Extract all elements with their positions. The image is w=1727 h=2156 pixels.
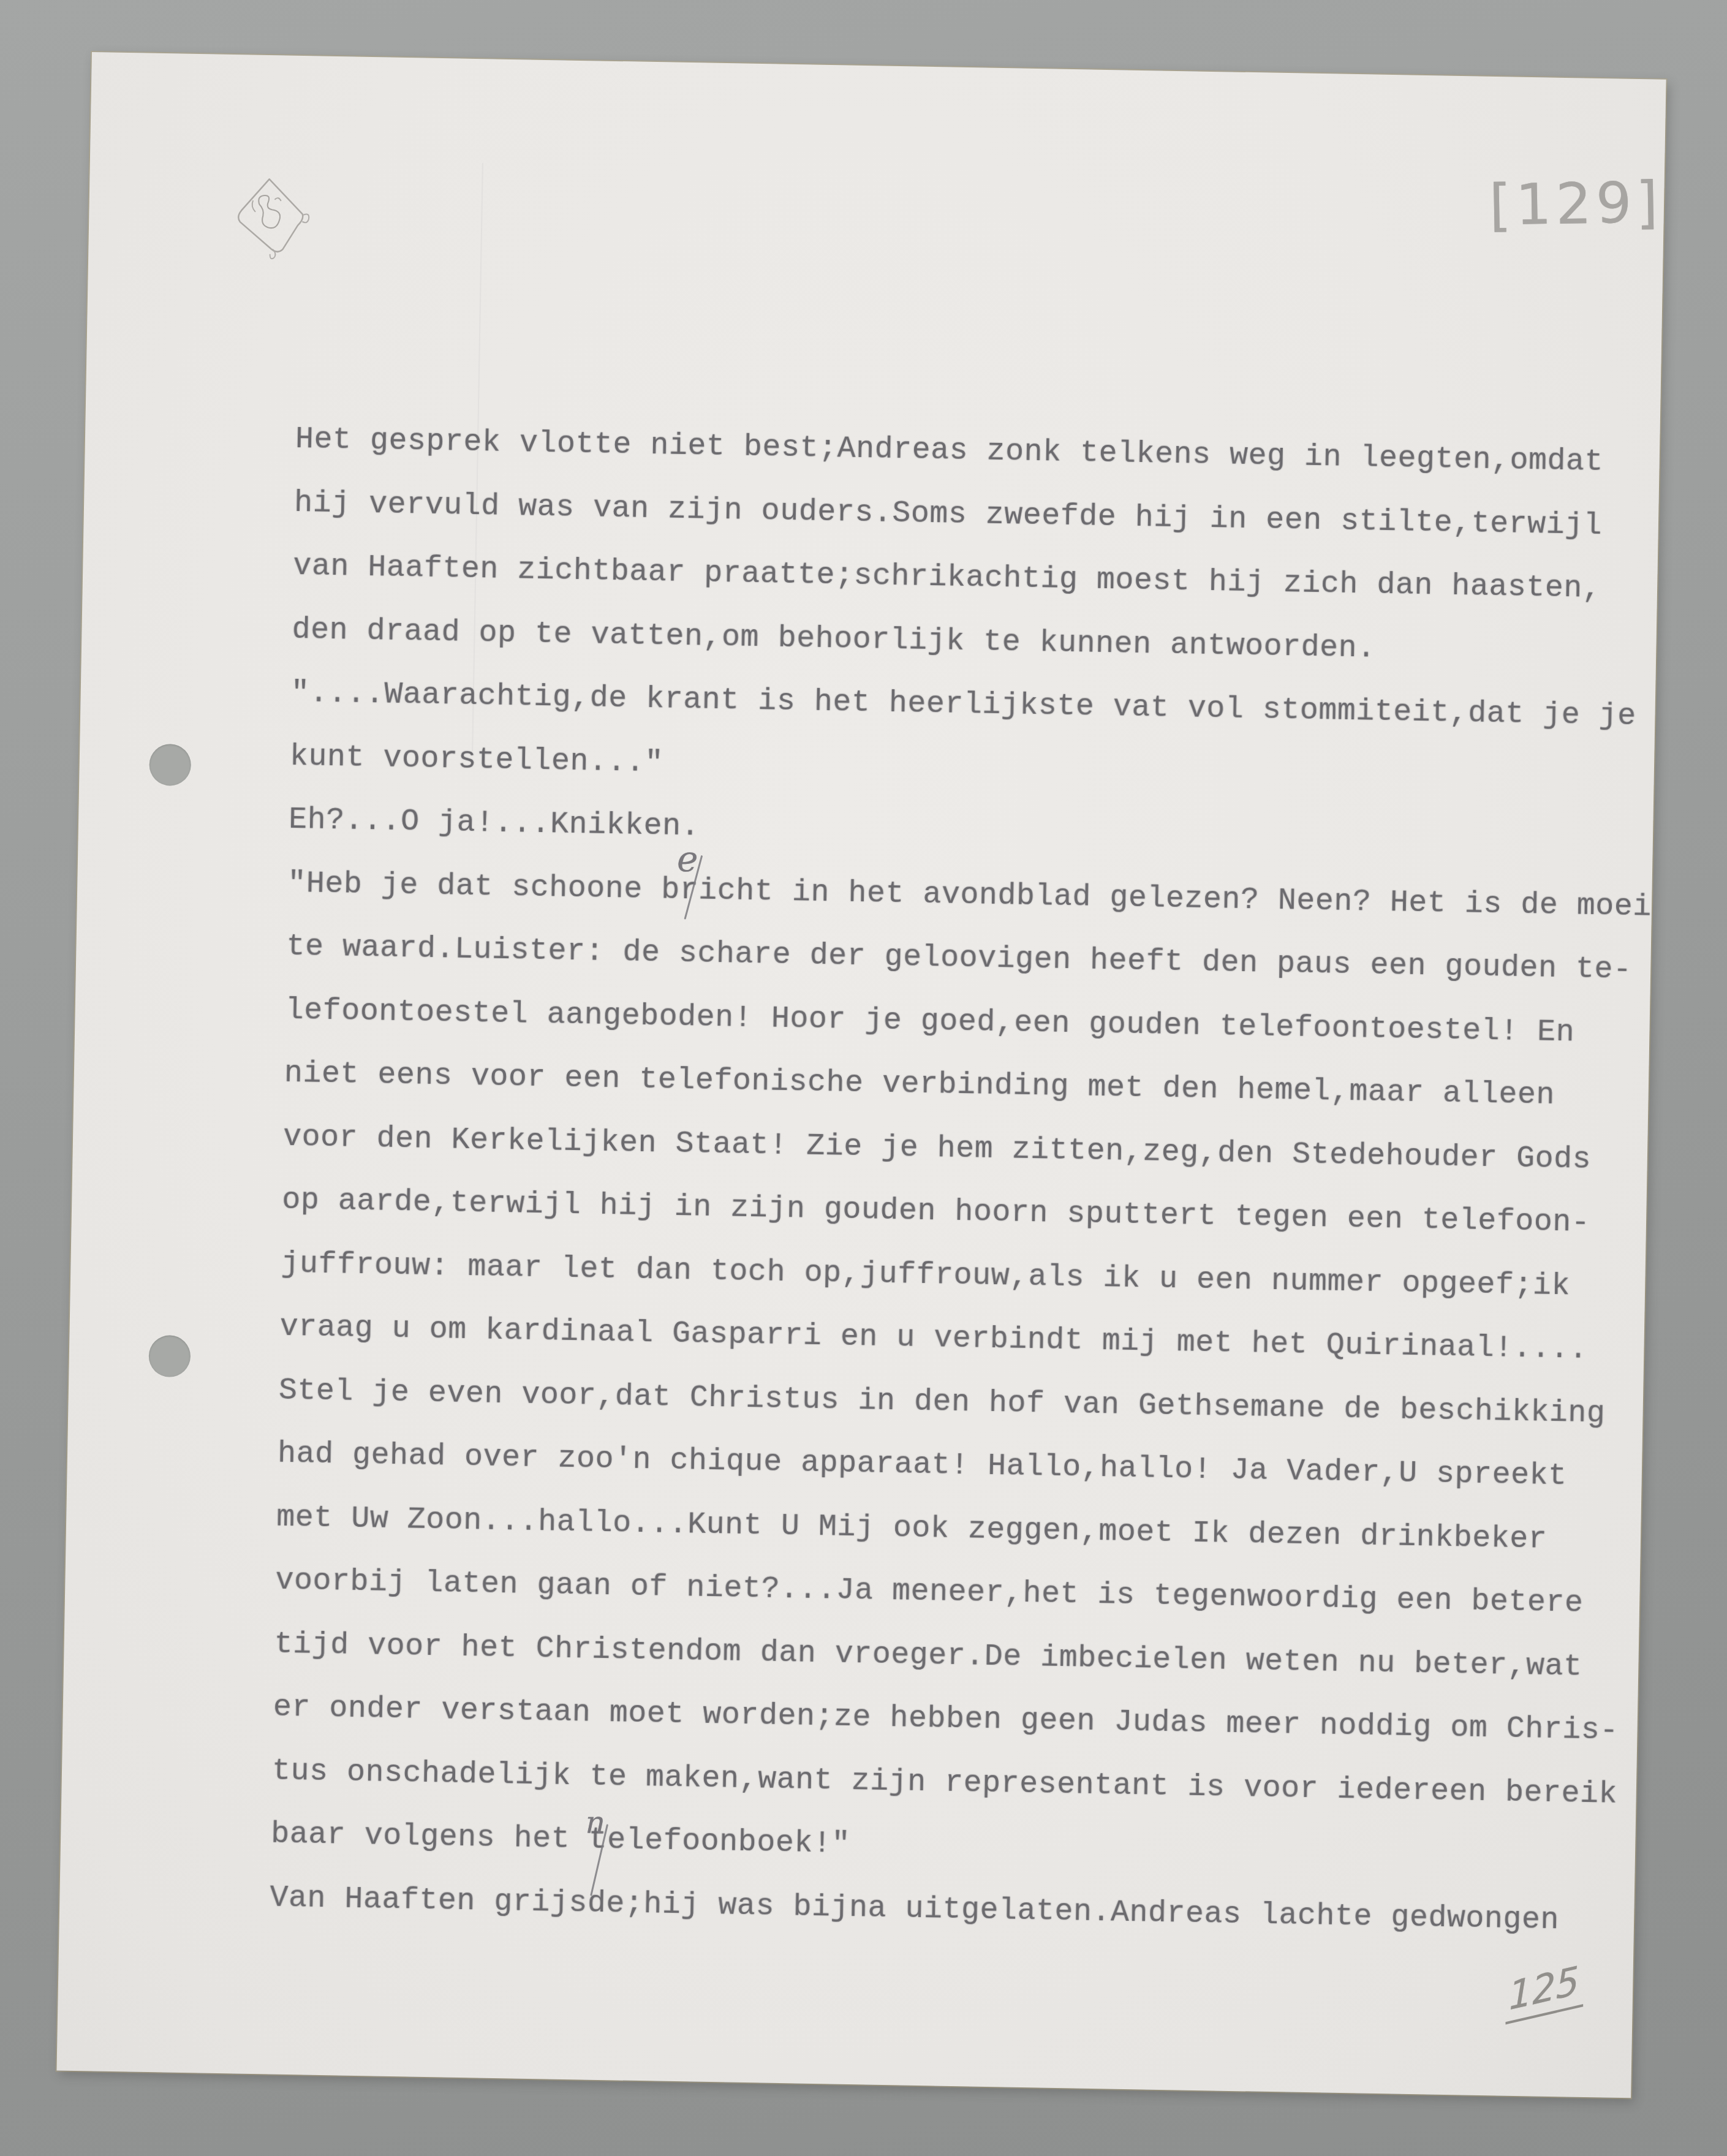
punch-hole-top [149, 744, 191, 786]
stamp-sketch-icon [233, 173, 314, 260]
correction-glyph: e [677, 838, 699, 880]
correction-glyph: n [585, 1805, 605, 1841]
handwritten-page-number-bottom: 125 [1505, 1956, 1583, 2024]
handwritten-correction-n: n [585, 1805, 605, 1841]
punch-hole-bottom [148, 1335, 191, 1377]
manuscript-paper: [129] Het gesprek vlotte niet best;Andre… [56, 52, 1666, 2098]
handwritten-folio-number: [129] [1489, 170, 1663, 238]
scanned-page-photo: [129] Het gesprek vlotte niet best;Andre… [0, 0, 1727, 2156]
handwritten-correction-e: e [677, 838, 699, 880]
typed-text-block: Het gesprek vlotte niet best;Andreas zon… [270, 408, 1680, 1954]
